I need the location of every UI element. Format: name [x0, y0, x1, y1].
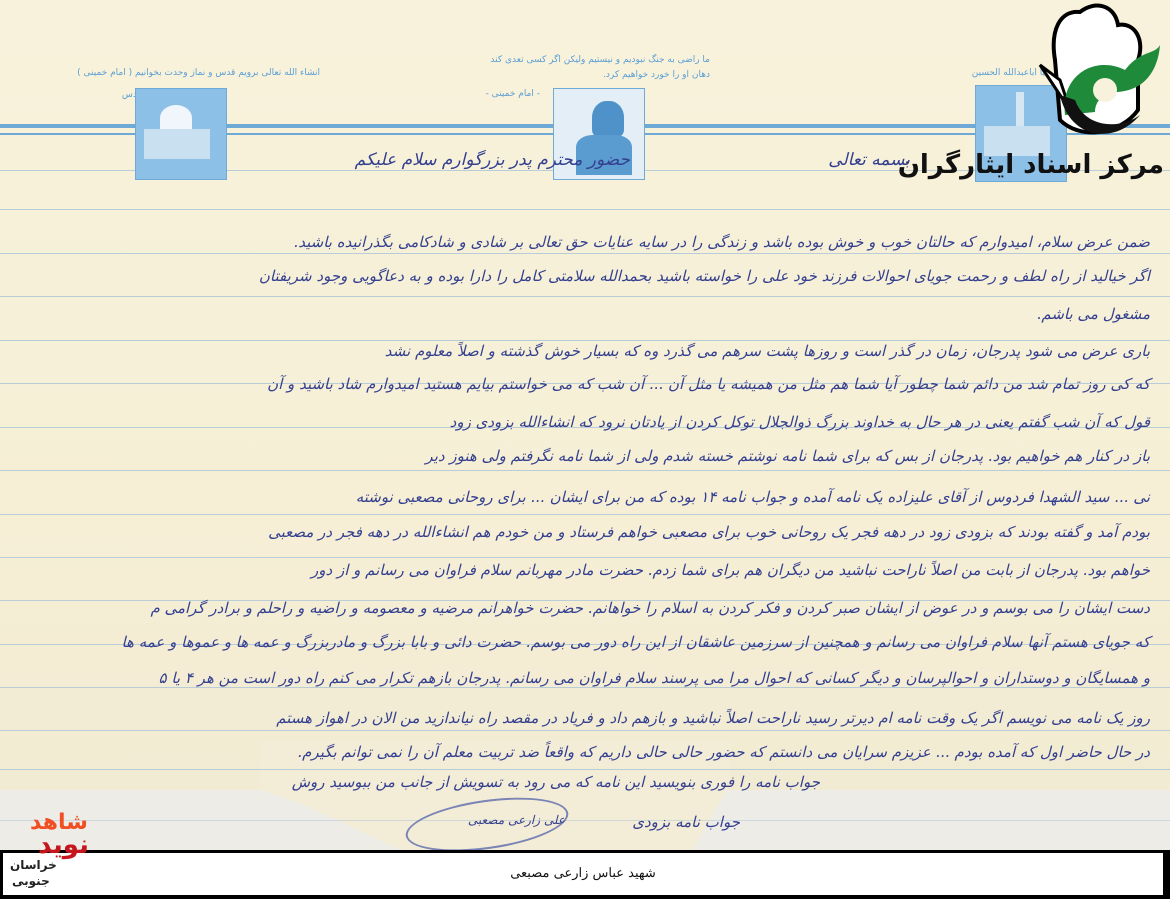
ruled-line: [0, 769, 1170, 770]
letter-line-13: و همسایگان و دوستداران و احوالپرسان و دی…: [10, 668, 1150, 688]
ruled-line: [0, 514, 1170, 515]
letter-line-2: اگر خیالید از راه لطف و رحمت جویای احوال…: [10, 266, 1150, 286]
letter-line-15: در حال حاضر اول که آمده بودم ... عزیزم س…: [10, 742, 1150, 762]
letterhead-center-quote-2: دهان او را خورد خواهیم کرد.: [480, 70, 710, 80]
letter-line-3: مشغول می باشم.: [850, 304, 1150, 324]
signature: علی زارعی مصعبی: [415, 810, 565, 830]
salutation: حضور محترم پدر بزرگوارم سلام علیکم: [250, 150, 630, 170]
ruled-line: [0, 820, 1170, 821]
ruled-line: [0, 296, 1170, 297]
letterhead-center-attribution: - امام خمینی -: [480, 89, 540, 99]
letter-line-14: روز یک نامه می نویسم اگر یک وقت نامه ام …: [10, 708, 1150, 728]
caption-text: شهید عباس زارعی مصبعی: [3, 866, 1163, 881]
letter-line-12: که جویای هستم آنها سلام فراوان می رسانم …: [10, 632, 1150, 652]
letter-line-10: خواهم بود. پدرجان از بابت من اصلاً ناراح…: [10, 560, 1150, 580]
brand-logo: شاهد نوید خراسان جنوبی: [0, 810, 120, 899]
letter-line-1: ضمن عرض سلام، امیدوارم که حالتان خوب و خ…: [10, 232, 1150, 252]
caption-bar: شهید عباس زارعی مصبعی: [0, 850, 1170, 899]
ruled-line: [0, 253, 1170, 254]
letterhead-center-quote-1: ما راضی به جنگ نبودیم و نیستیم ولیکن اگر…: [480, 55, 710, 65]
letter-line-5: که کی روز تمام شد من دائم شما چطور آیا ش…: [10, 374, 1150, 394]
letter-line-11: دست ایشان را می بوسم و در عوض از ایشان ص…: [10, 598, 1150, 618]
letter-line-8: نی ... سید الشهدا فردوس از آقای علیزاده …: [10, 487, 1150, 507]
brand-word-3: خراسان: [10, 858, 57, 872]
ruled-line: [0, 557, 1170, 558]
logo-caption: مرکز اسناد ایثارگران: [898, 150, 1164, 180]
ruled-line: [0, 730, 1170, 731]
brand-word-4: جنوبی: [12, 874, 50, 888]
dome-of-rock-image: [135, 88, 227, 180]
letter-scan: انشاء الله تعالی برویم قدس و نماز وحدت ب…: [0, 0, 1170, 850]
letter-line-9: بودم آمد و گفته بودند که بزودی زود در ده…: [10, 522, 1150, 542]
letter-line-6: قول که آن شب گفتم یعنی در هر حال به خداو…: [10, 412, 1150, 432]
letterhead-left-quote: انشاء الله تعالی برویم قدس و نماز وحدت ب…: [70, 68, 320, 78]
letter-line-7: باز در کنار هم خواهیم بود. پدرجان از بس …: [10, 446, 1150, 466]
invocation: بسمه تعالی: [820, 150, 910, 170]
letter-line-17: جواب نامه بزودی: [590, 812, 740, 832]
archive-logo: مرکز اسناد ایثارگران: [1000, 0, 1170, 190]
caption-box: شهید عباس زارعی مصبعی: [3, 853, 1163, 895]
ruled-line: [0, 209, 1170, 210]
letter-line-4: باری عرض می شود پدرجان، زمان در گذر است …: [10, 341, 1150, 361]
brand-word-2: نوید: [38, 830, 89, 860]
ruled-line: [0, 470, 1170, 471]
hand-dove-icon: [1000, 0, 1170, 150]
letter-line-16: جواب نامه را فوری بنویسید این نامه که می…: [280, 772, 820, 792]
